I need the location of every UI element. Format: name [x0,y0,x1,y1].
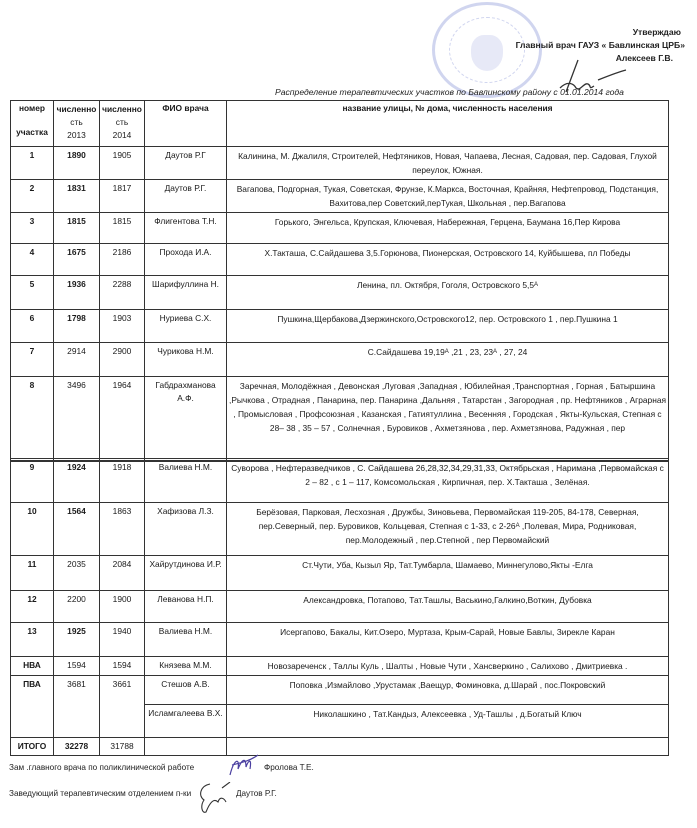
district-number-cell: 6 [11,310,54,343]
table-row: 729142900Чурикова Н.М.С.Сайдашева 19,19А… [11,343,669,377]
streets-cell: Берёзовая, Парковая, Лесхозная , Дружбы,… [227,503,669,556]
doctor-name-cell: Шарифуллина Н. [145,276,227,310]
table-row: 416752186Прохода И.А.Х.Такташа, С.Сайдаш… [11,244,669,276]
empty-cell [145,738,227,756]
header-pop2014-line1: численно [102,103,142,116]
total-2013-cell: 32278 [54,738,100,756]
header-pop2013-line1: численно [56,103,97,116]
population-2014-cell: 1863 [100,503,145,556]
streets-cell: Николашкино , Тат.Кандыз, Алексеевка , У… [227,705,669,738]
population-2014-cell: 1964 [100,377,145,461]
population-2014-cell: 3661 [100,676,145,738]
table-row: НВА15941594Князева М.М.Новозареченск , Т… [11,657,669,676]
doctor-name-cell: Нуриева С.Х. [145,310,227,343]
district-number-cell: 11 [11,556,54,591]
streets-cell: Суворова , Нефтеразведчиков , С. Сайдаше… [227,459,669,503]
approval-line-3: Алексеев Г.В. [516,52,685,65]
doctor-name-cell: Леванова Н.П. [145,591,227,623]
districts-table-part-2: 919241918Валиева Н.М.Суворова , Нефтераз… [10,458,669,756]
population-2013-cell: 3496 [54,377,100,461]
table-row: ПВА36813661Стешов А.В.Поповка ,Измайлово… [11,676,669,705]
table-row: 118901905Даутов Р.ГКалинина, М. Джалиля,… [11,147,669,180]
population-2013-cell: 2035 [54,556,100,591]
deputy-title: Зам .главного врача по поликлинической р… [9,763,194,772]
table-row: 617981903Нуриева С.Х.Пушкина,Щербакова,Д… [11,310,669,343]
population-2013-cell: 1936 [54,276,100,310]
header-pop2013: численно сть 2013 [54,101,100,147]
district-number-cell: 12 [11,591,54,623]
population-2014-cell: 1940 [100,623,145,657]
district-number-cell: 4 [11,244,54,276]
population-2013-cell: 1890 [54,147,100,180]
streets-cell: Калинина, М. Джалиля, Строителей, Нефтян… [227,147,669,180]
population-2013-cell: 1675 [54,244,100,276]
district-number-cell: 10 [11,503,54,556]
streets-cell: Новозареченск , Таллы Куль , Шалты , Нов… [227,657,669,676]
deputy-signature [226,753,260,779]
table-total-row: ИТОГО3227831788 [11,738,669,756]
doctor-name-cell: Исламгалеева В.Х. [145,705,227,738]
district-number-cell: 9 [11,459,54,503]
streets-cell: Горького, Энгельса, Крупская, Ключевая, … [227,213,669,244]
population-2013-cell: 3681 [54,676,100,738]
doctor-name-cell: Даутов Р.Г. [145,180,227,213]
district-number-cell: 2 [11,180,54,213]
district-number-cell: 5 [11,276,54,310]
district-number-cell: НВА [11,657,54,676]
population-2014-cell: 1903 [100,310,145,343]
streets-cell: Исергапово, Бакалы, Кит.Озеро, Муртаза, … [227,623,669,657]
population-2014-cell: 1817 [100,180,145,213]
doctor-name-cell: Валиева Н.М. [145,623,227,657]
population-2013-cell: 1798 [54,310,100,343]
district-number-cell: 13 [11,623,54,657]
population-2014-cell: 2900 [100,343,145,377]
population-2013-cell: 1924 [54,459,100,503]
district-number-cell: 7 [11,343,54,377]
population-2014-cell: 2288 [100,276,145,310]
header-pop2013-line2: сть [56,116,97,129]
header-doctor: ФИО врача [145,101,227,147]
streets-cell: Х.Такташа, С.Сайдашева 3,5.Горюнова, Пио… [227,244,669,276]
population-2013-cell: 1564 [54,503,100,556]
head-name: Даутов Р.Г. [236,789,277,798]
population-2014-cell: 1815 [100,213,145,244]
doctor-name-cell: Хафизова Л.З. [145,503,227,556]
doctor-name-cell: Валиева Н.М. [145,459,227,503]
table-row: 1222001900Леванова Н.П.Александровка, По… [11,591,669,623]
table-row: 218311817Даутов Р.Г.Вагапова, Подгорная,… [11,180,669,213]
population-2013-cell: 1925 [54,623,100,657]
streets-cell: Пушкина,Щербакова,Дзержинского,Островско… [227,310,669,343]
population-2014-cell: 2084 [100,556,145,591]
header-number: номер участка [11,101,54,147]
doctor-name-cell: Флигентова Т.Н. [145,213,227,244]
document-title: Распределение терапевтических участков п… [275,87,624,97]
total-label-cell: ИТОГО [11,738,54,756]
district-number-cell: 1 [11,147,54,180]
head-signature [196,782,232,816]
districts-table-part-1: номер участка численно сть 2013 численно… [10,100,669,462]
population-2014-cell: 1918 [100,459,145,503]
streets-cell: Вагапова, Подгорная, Тукая, Советская, Ф… [227,180,669,213]
streets-cell: С.Сайдашева 19,19А ,21 , 23, 23А , 27, 2… [227,343,669,377]
table-header-row: номер участка численно сть 2013 численно… [11,101,669,147]
header-pop2014-line2: сть [102,116,142,129]
population-2013-cell: 2914 [54,343,100,377]
header-pop2014: численно сть 2014 [100,101,145,147]
approval-block: Утверждаю Главный врач ГАУЗ « Бавлинская… [516,26,685,65]
population-2013-cell: 2200 [54,591,100,623]
streets-cell: Ленина, пл. Октября, Гоголя, Островского… [227,276,669,310]
population-2014-cell: 2186 [100,244,145,276]
table-row: 919241918Валиева Н.М.Суворова , Нефтераз… [11,459,669,503]
total-2014-cell: 31788 [100,738,145,756]
population-2013-cell: 1594 [54,657,100,676]
approval-line-2: Главный врач ГАУЗ « Бавлинская ЦРБ» [516,39,685,52]
doctor-name-cell: Прохода И.А. [145,244,227,276]
doctor-name-cell: Стешов А.В. [145,676,227,705]
district-number-cell: 8 [11,377,54,461]
doctor-name-cell: Габдрахманова А.Ф. [145,377,227,461]
population-2014-cell: 1900 [100,591,145,623]
table-row: 834961964Габдрахманова А.Ф.Заречная, Мол… [11,377,669,461]
streets-cell: Александровка, Потапово, Тат.Ташлы, Вась… [227,591,669,623]
empty-cell [227,738,669,756]
table-row: 318151815Флигентова Т.Н.Горького, Энгель… [11,213,669,244]
table-row: 1015641863Хафизова Л.З.Берёзовая, Парков… [11,503,669,556]
table-row: 1319251940Валиева Н.М.Исергапово, Бакалы… [11,623,669,657]
population-2014-cell: 1905 [100,147,145,180]
table-row: 519362288Шарифуллина Н.Ленина, пл. Октяб… [11,276,669,310]
doctor-name-cell: Хайрутдинова И.Р. [145,556,227,591]
district-number-cell: ПВА [11,676,54,738]
header-pop2014-line3: 2014 [102,129,142,142]
table-row: 1120352084Хайрутдинова И.Р.Ст.Чути, Уба,… [11,556,669,591]
header-pop2013-line3: 2013 [56,129,97,142]
population-2013-cell: 1831 [54,180,100,213]
header-number-line2: участка [13,127,51,137]
streets-cell: Ст.Чути, Уба, Кызыл Яр, Тат.Тумбарла, Ша… [227,556,669,591]
deputy-name: Фролова Т.Е. [264,763,314,772]
approval-line-1: Утверждаю [516,26,685,39]
streets-cell: Поповка ,Измайлово ,Урустамак ,Ваещур, Ф… [227,676,669,705]
streets-cell: Заречная, Молодёжная , Девонская ,Лугова… [227,377,669,461]
doctor-name-cell: Князева М.М. [145,657,227,676]
doctor-name-cell: Чурикова Н.М. [145,343,227,377]
population-2013-cell: 1815 [54,213,100,244]
doctor-name-cell: Даутов Р.Г [145,147,227,180]
header-number-line1: номер [13,103,51,113]
coat-of-arms-icon [471,35,503,71]
population-2014-cell: 1594 [100,657,145,676]
district-number-cell: 3 [11,213,54,244]
header-streets: название улицы, № дома, численность насе… [227,101,669,147]
head-title: Заведующий терапевтическим отделением п-… [9,789,191,798]
